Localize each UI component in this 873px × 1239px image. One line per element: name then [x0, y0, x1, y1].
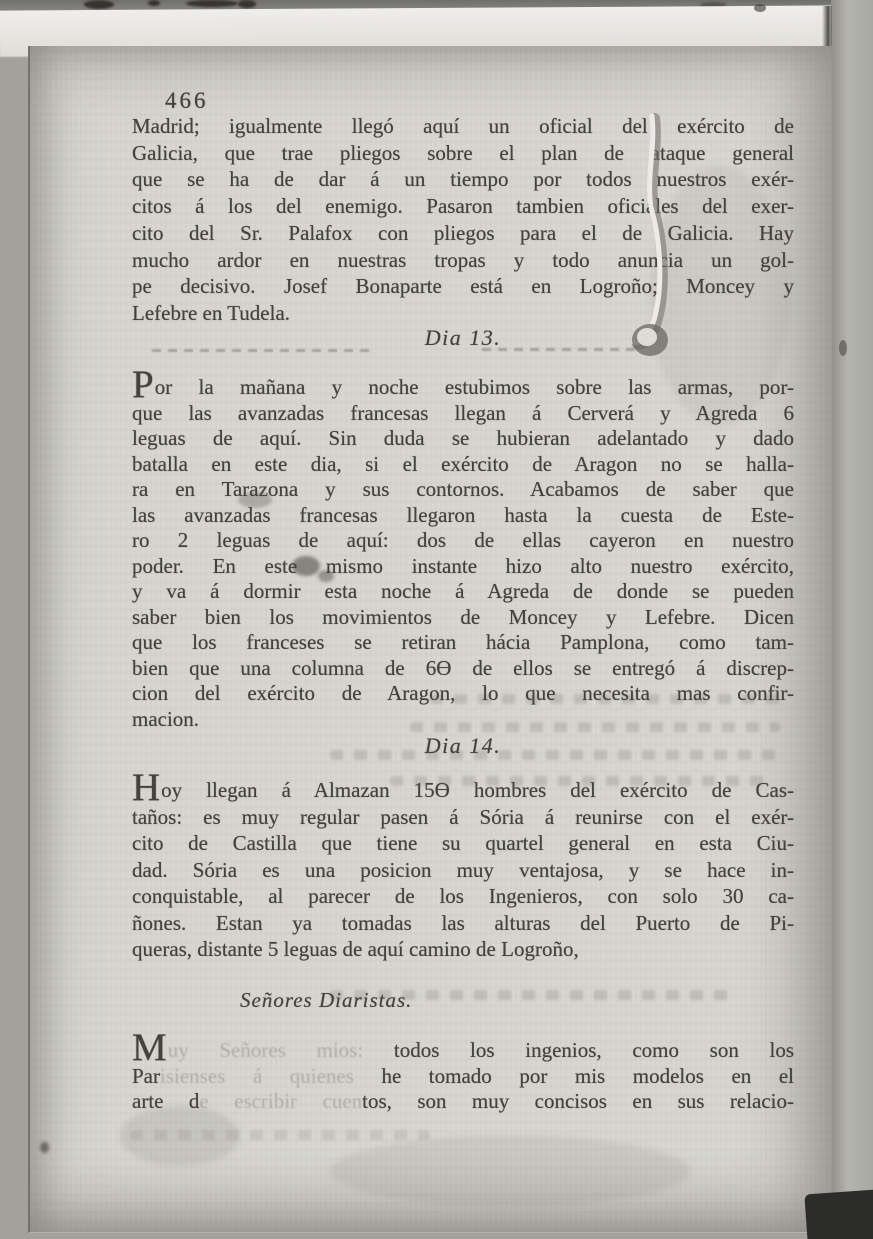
paper-stain	[120, 1106, 240, 1166]
heading: Dia 13.	[132, 325, 794, 351]
text-segment: leguas de aquí. Sin duda se hubieran ade…	[132, 426, 794, 450]
text-line: saber bien los movimientos de Moncey y L…	[132, 605, 794, 631]
paragraph-p1: Madrid; igualmente llegó aquí un oficial…	[132, 113, 794, 327]
faded-text: e escribir cuen	[199, 1089, 362, 1113]
text-segment: or la mañana y noche estubimos sobre las…	[155, 375, 794, 399]
text-line: cito de Castilla que tiene su quartel ge…	[132, 830, 794, 857]
text-segment: mucho ardor en nuestras tropas y todo an…	[132, 248, 794, 272]
heading: Dia 14.	[132, 733, 794, 759]
ink-speck	[186, 0, 238, 7]
text-line: leguas de aquí. Sin duda se hubieran ade…	[132, 426, 794, 452]
next-page-edge	[831, 0, 873, 1239]
ink-speck	[148, 0, 160, 6]
text-segment: conquistable, al parecer de los Ingenier…	[132, 884, 794, 908]
paragraph-p4: Muy Señores mios: todos los ingenios, co…	[132, 1038, 794, 1115]
text-segment: citos á los del enemigo. Pasaron tambien…	[132, 194, 794, 218]
text-line: conquistable, al parecer de los Ingenier…	[132, 883, 794, 910]
text-line: batalla en este dia, si el exército de A…	[132, 452, 794, 478]
text-segment: arte d	[132, 1089, 199, 1113]
drop-cap: P	[132, 363, 155, 406]
ink-speck	[84, 0, 114, 9]
text-line: Muy Señores mios: todos los ingenios, co…	[132, 1038, 794, 1064]
text-line: ro 2 leguas de aquí: dos de ellas cayero…	[132, 528, 794, 554]
text-segment: ro 2 leguas de aquí: dos de ellas cayero…	[132, 528, 794, 552]
text-segment: tos, son muy concisos en sus relacio-	[362, 1089, 794, 1113]
text-segment: pe decisivo. Josef Bonaparte está en Log…	[132, 274, 794, 298]
text-line: Hoy llegan á Almazan 15Ɵ hombres del exé…	[132, 777, 794, 804]
text-segment: cito de Castilla que tiene su quartel ge…	[132, 831, 794, 855]
text-line: arte de escribir cuentos, son muy concis…	[132, 1089, 794, 1115]
paragraph-p3: Hoy llegan á Almazan 15Ɵ hombres del exé…	[132, 777, 794, 963]
text-segment: saber bien los movimientos de Moncey y L…	[132, 605, 794, 629]
text-line: taños: es muy regular pasen á Sória á re…	[132, 804, 794, 831]
text-line: que los franceses se retiran hácia Pampl…	[132, 630, 794, 656]
text-segment: y va á dormir esta noche á Agreda de don…	[132, 579, 794, 603]
text-segment: poder. En este mismo instante hizo alto …	[132, 554, 794, 578]
text-line: queras, distante 5 leguas de aquí camino…	[132, 936, 794, 963]
text-line: dad. Sória es una posicion muy ventajosa…	[132, 857, 794, 884]
text-line: Galicia, que trae pliegos sobre el plan …	[132, 140, 794, 167]
text-line: cito del Sr. Palafox con pliegos para el…	[132, 220, 794, 247]
text-line: Lefebre en Tudela.	[132, 300, 794, 327]
book-page: 466 Madrid; igualmente llegó aquí un ofi…	[28, 46, 832, 1233]
text-segment: ra en Tarazona y sus contornos. Acabamos…	[132, 477, 794, 501]
text-line: cion del exército de Aragon, lo que nece…	[132, 681, 794, 707]
text-segment: que los franceses se retiran hácia Pampl…	[132, 630, 794, 654]
text-line: macion.	[132, 707, 794, 733]
text-segment: queras, distante 5 leguas de aquí camino…	[132, 937, 579, 961]
text-line: citos á los del enemigo. Pasaron tambien…	[132, 193, 794, 220]
text-line: y va á dormir esta noche á Agreda de don…	[132, 579, 794, 605]
text-segment: todos los ingenios, como son los	[394, 1038, 794, 1062]
text-segment: Galicia, que trae pliegos sobre el plan …	[132, 141, 794, 165]
book-corner-shadow	[804, 1190, 873, 1239]
text-segment: Madrid; igualmente llegó aquí un oficial…	[132, 114, 794, 138]
subheading: Señores Diaristas.	[240, 988, 640, 1013]
text-segment: cion del exército de Aragon, lo que nece…	[132, 681, 794, 705]
text-segment: Lefebre en Tudela.	[132, 301, 290, 325]
text-segment: macion.	[132, 707, 199, 731]
text-segment: cito del Sr. Palafox con pliegos para el…	[132, 221, 794, 245]
ink-speck	[238, 0, 256, 8]
text-line: ra en Tarazona y sus contornos. Acabamos…	[132, 477, 794, 503]
text-line: ñones. Estan ya tomadas las alturas del …	[132, 910, 794, 937]
text-segment: que las avanzadas francesas llegan á Cer…	[132, 401, 794, 425]
ink-speck	[40, 1142, 49, 1153]
text-line: que se ha de dar á un tiempo por todos n…	[132, 166, 794, 193]
text-segment: dad. Sória es una posicion muy ventajosa…	[132, 858, 794, 882]
text-segment: he tomado por mis modelos en el	[381, 1064, 794, 1088]
text-line: Madrid; igualmente llegó aquí un oficial…	[132, 113, 794, 140]
text-line: mucho ardor en nuestras tropas y todo an…	[132, 247, 794, 274]
drop-cap: M	[132, 1026, 168, 1069]
text-segment: las avanzadas francesas llegaron hasta l…	[132, 503, 794, 527]
text-segment: bien que una columna de 6Ɵ de ellos se e…	[132, 656, 794, 680]
paragraph-p2: Por la mañana y noche estubimos sobre la…	[132, 375, 794, 732]
scanned-book-page: 466 Madrid; igualmente llegó aquí un ofi…	[0, 0, 873, 1239]
text-line: Por la mañana y noche estubimos sobre la…	[132, 375, 794, 401]
text-line: las avanzadas francesas llegaron hasta l…	[132, 503, 794, 529]
paper-stain	[330, 1136, 690, 1206]
text-line: pe decisivo. Josef Bonaparte está en Log…	[132, 273, 794, 300]
page-number: 466	[165, 88, 285, 114]
text-segment: ñones. Estan ya tomadas las alturas del …	[132, 911, 794, 935]
faded-text: uy Señores mios:	[168, 1038, 394, 1062]
faded-text: isienses á quienes	[160, 1064, 381, 1088]
text-line: poder. En este mismo instante hizo alto …	[132, 554, 794, 580]
text-segment: taños: es muy regular pasen á Sória á re…	[132, 805, 794, 829]
text-segment: oy llegan á Almazan 15Ɵ hombres del exér…	[161, 778, 794, 802]
text-segment: batalla en este dia, si el exército de A…	[132, 452, 794, 476]
text-line: que las avanzadas francesas llegan á Cer…	[132, 401, 794, 427]
text-line: bien que una columna de 6Ɵ de ellos se e…	[132, 656, 794, 682]
drop-cap: H	[132, 766, 161, 809]
text-segment: que se ha de dar á un tiempo por todos n…	[132, 167, 794, 191]
text-line: Parisienses á quienes he tomado por mis …	[132, 1064, 794, 1090]
